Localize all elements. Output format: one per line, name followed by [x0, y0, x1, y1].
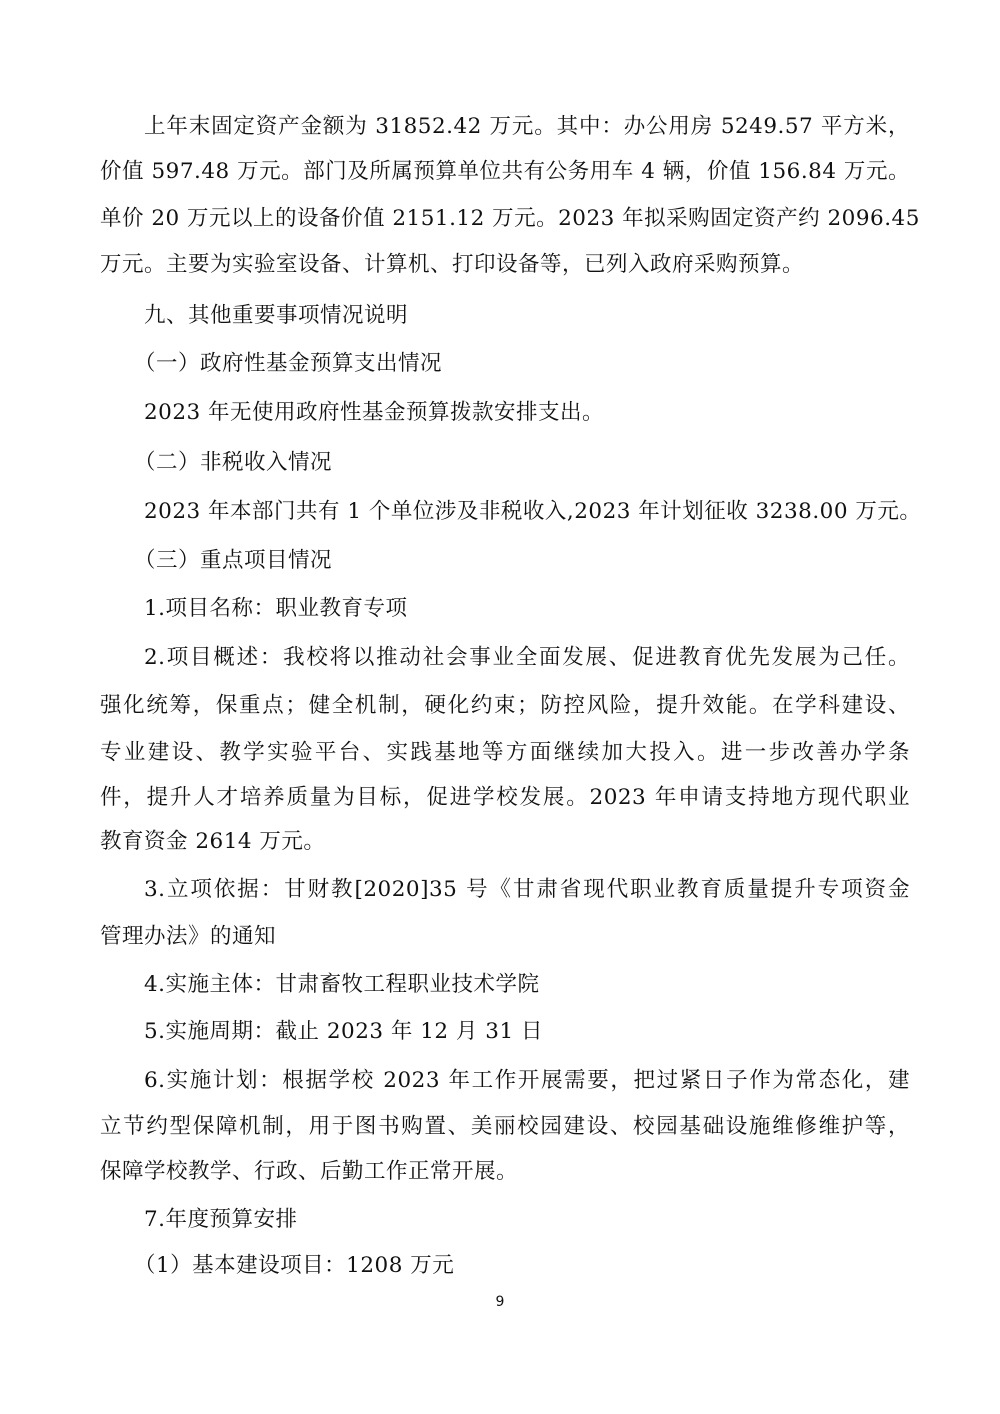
item-2-overview-line-3: 专业建设、教学实验平台、实践基地等方面继续加大投入。进一步改善办学条	[100, 738, 910, 768]
assets-paragraph-line-1: 上年末固定资产金额为 31852.42 万元。其中：办公用房 5249.57 平…	[144, 112, 910, 142]
section-9-heading: 九、其他重要事项情况说明	[144, 301, 910, 331]
assets-paragraph-line-3: 单价 20 万元以上的设备价值 2151.12 万元。2023 年拟采购固定资产…	[100, 204, 910, 234]
assets-paragraph-line-2: 价值 597.48 万元。部门及所属预算单位共有公务用车 4 辆，价值 156.…	[100, 157, 910, 187]
subsection-1-text: 2023 年无使用政府性基金预算拨款安排支出。	[144, 398, 910, 428]
item-2-overview-line-2: 强化统筹，保重点；健全机制，硬化约束；防控风险，提升效能。在学科建设、	[100, 691, 910, 721]
subsection-2-heading: （二）非税收入情况	[134, 448, 900, 478]
item-4-implementer: 4.实施主体：甘肃畜牧工程职业技术学院	[144, 970, 910, 1000]
item-3-basis-line-2: 管理办法》的通知	[100, 922, 910, 952]
page-number: 9	[0, 1294, 1000, 1310]
item-6-plan-line-3: 保障学校教学、行政、后勤工作正常开展。	[100, 1157, 910, 1187]
item-5-period: 5.实施周期：截止 2023 年 12 月 31 日	[144, 1017, 910, 1047]
item-7-budget-sub-1: （1）基本建设项目：1208 万元	[134, 1251, 900, 1281]
subsection-2-text: 2023 年本部门共有 1 个单位涉及非税收入,2023 年计划征收 3238.…	[144, 497, 910, 527]
item-2-overview-line-1: 2.项目概述：我校将以推动社会事业全面发展、促进教育优先发展为己任。	[144, 643, 910, 673]
item-2-overview-line-5: 教育资金 2614 万元。	[100, 827, 910, 857]
item-6-plan-line-1: 6.实施计划：根据学校 2023 年工作开展需要，把过紧日子作为常态化，建	[144, 1066, 910, 1096]
subsection-1-heading: （一）政府性基金预算支出情况	[134, 349, 900, 379]
item-1-project-name: 1.项目名称：职业教育专项	[144, 594, 910, 624]
document-page: 上年末固定资产金额为 31852.42 万元。其中：办公用房 5249.57 平…	[0, 0, 1000, 1414]
item-2-overview-line-4: 件，提升人才培养质量为目标，促进学校发展。2023 年申请支持地方现代职业	[100, 783, 910, 813]
assets-paragraph-line-4: 万元。主要为实验室设备、计算机、打印设备等，已列入政府采购预算。	[100, 250, 910, 280]
item-7-budget-heading: 7.年度预算安排	[144, 1205, 910, 1235]
item-6-plan-line-2: 立节约型保障机制，用于图书购置、美丽校园建设、校园基础设施维修维护等，	[100, 1112, 910, 1142]
subsection-3-heading: （三）重点项目情况	[134, 546, 900, 576]
item-3-basis-line-1: 3.立项依据：甘财教[2020]35 号《甘肃省现代职业教育质量提升专项资金	[144, 875, 910, 905]
